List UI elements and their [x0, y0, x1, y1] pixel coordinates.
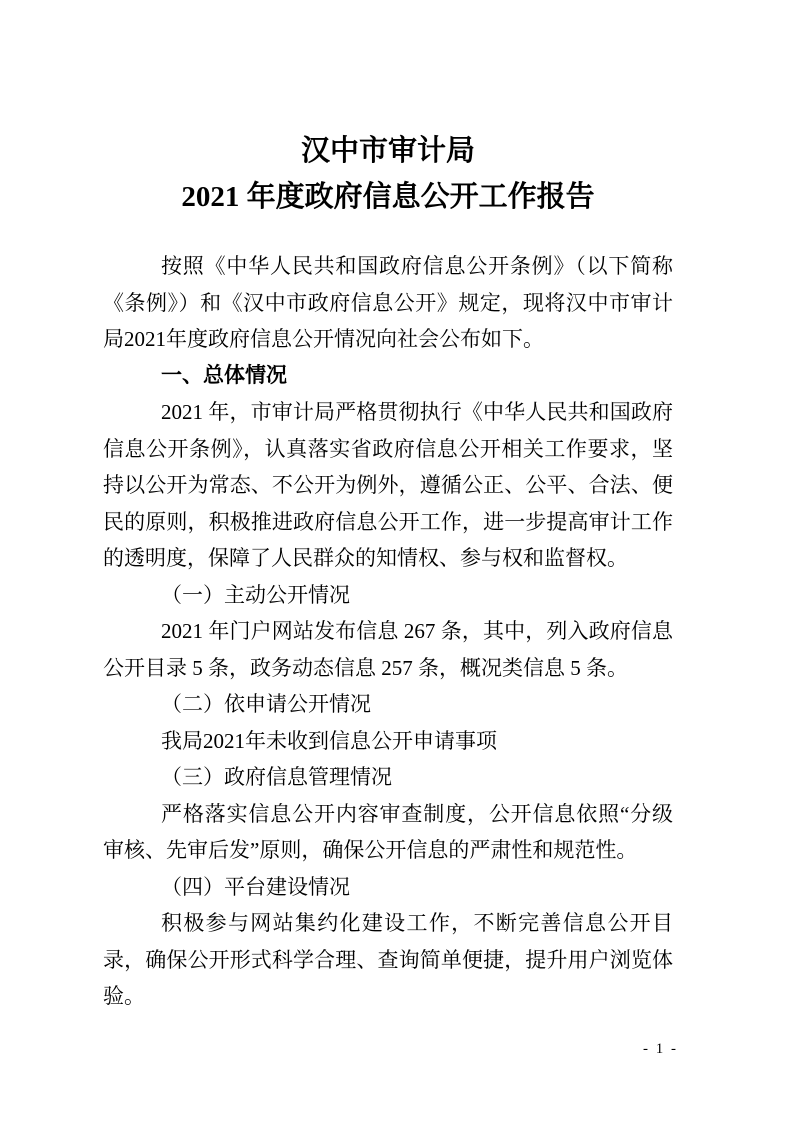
paragraph-platform-construction: 积极参与网站集约化建设工作，不断完善信息公开目录，确保公开形式科学合理、查询简单… — [103, 905, 673, 1015]
intro-paragraph: 按照《中华人民共和国政府信息公开条例》（以下简称《条例》）和《汉中市政府信息公开… — [103, 248, 673, 358]
title-line-1: 汉中市审计局 — [103, 128, 673, 174]
subsection-heading-information-management: （三）政府信息管理情况 — [103, 759, 673, 796]
document-page: 汉中市审计局 2021 年度政府信息公开工作报告 按照《中华人民共和国政府信息公… — [0, 0, 793, 1122]
document-title: 汉中市审计局 2021 年度政府信息公开工作报告 — [103, 128, 673, 220]
paragraph-proactive-disclosure: 2021 年门户网站发布信息 267 条，其中，列入政府信息公开目录 5 条，政… — [103, 613, 673, 686]
subsection-heading-proactive-disclosure: （一）主动公开情况 — [103, 577, 673, 614]
document-content: 汉中市审计局 2021 年度政府信息公开工作报告 按照《中华人民共和国政府信息公… — [103, 128, 673, 1015]
paragraph-disclosure-upon-request: 我局2021年未收到信息公开申请事项 — [103, 723, 673, 760]
subsection-heading-disclosure-upon-request: （二）依申请公开情况 — [103, 686, 673, 723]
paragraph-information-management: 严格落实信息公开内容审查制度，公开信息依照“分级审核、先审后发”原则，确保公开信… — [103, 796, 673, 869]
document-body: 按照《中华人民共和国政府信息公开条例》（以下简称《条例》）和《汉中市政府信息公开… — [103, 248, 673, 1015]
subsection-heading-platform-construction: （四）平台建设情况 — [103, 869, 673, 906]
page-number: - 1 - — [643, 1041, 678, 1058]
paragraph-overall-situation: 2021 年，市审计局严格贯彻执行《中华人民共和国政府信息公开条例》，认真落实省… — [103, 394, 673, 577]
title-line-2: 2021 年度政府信息公开工作报告 — [103, 174, 673, 220]
section-heading-overall-situation: 一、总体情况 — [103, 358, 673, 395]
